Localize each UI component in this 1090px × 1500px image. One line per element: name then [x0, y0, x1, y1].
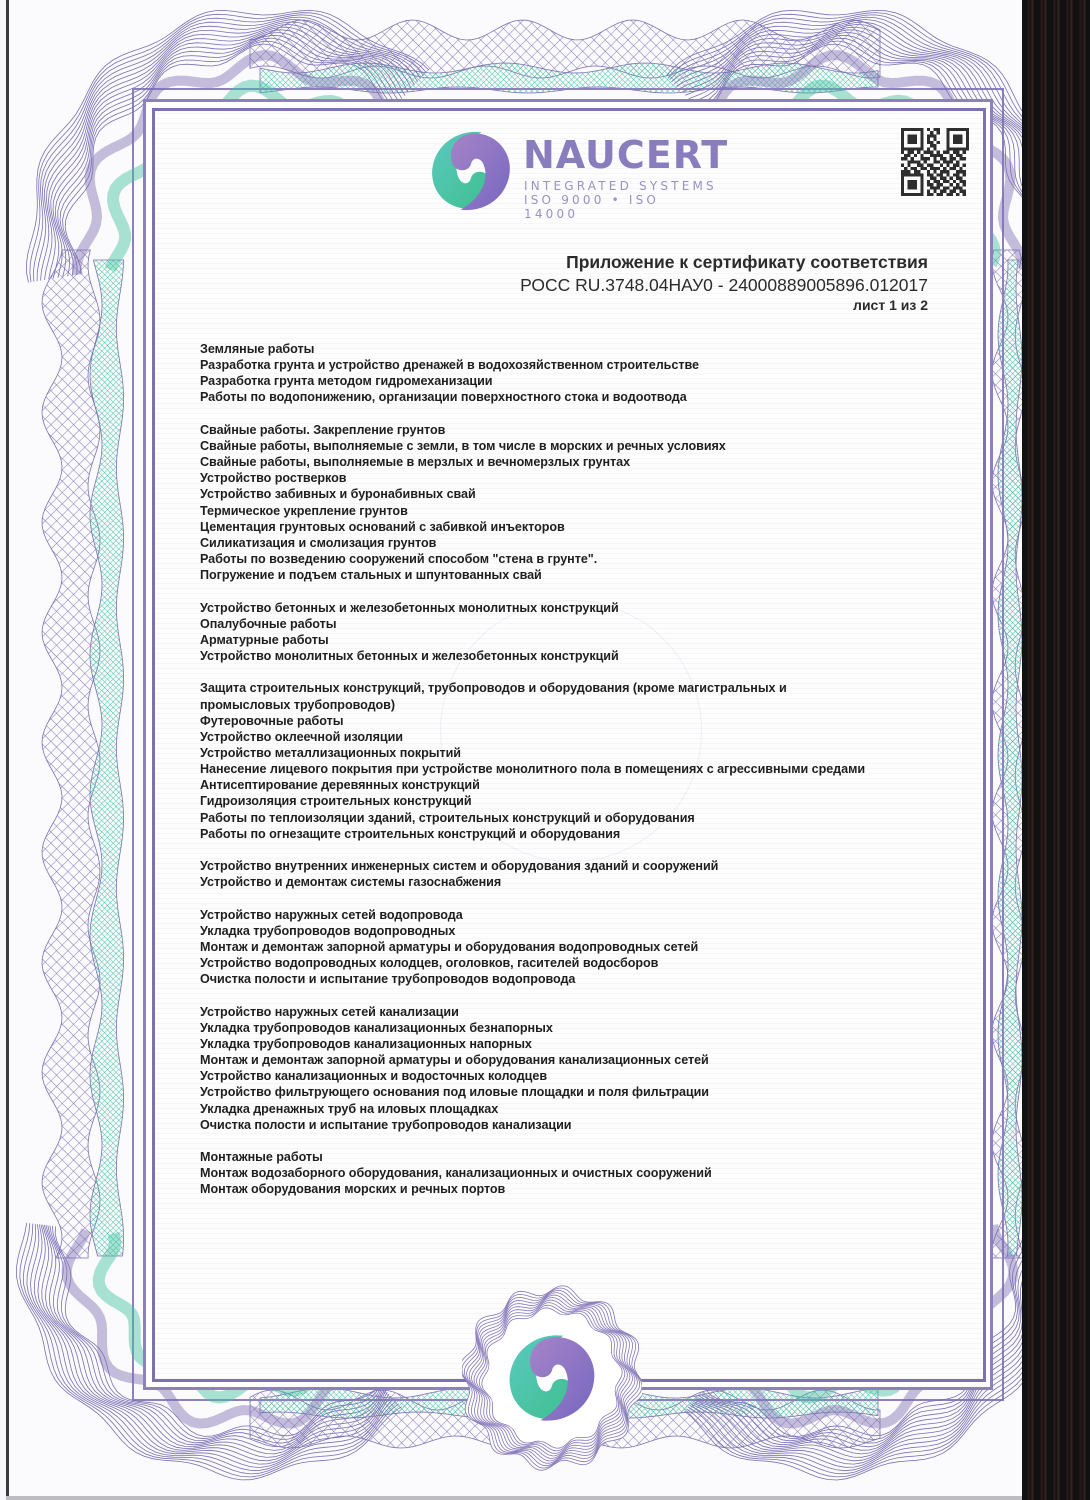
scope-item: Устройство забивных и буронабивных свай [200, 486, 940, 502]
scope-item: Устройство монолитных бетонных и железоб… [200, 648, 940, 664]
scope-item: Работы по возведению сооружений способом… [200, 551, 940, 567]
brand-name: NAUCERT [523, 133, 728, 177]
section-heading: Свайные работы. Закрепление грунтов [200, 422, 940, 438]
certificate-heading: Приложение к сертификату соответствия РО… [520, 250, 928, 314]
scope-section: Защита строительных конструкций, трубопр… [200, 680, 940, 842]
scope-item: Опалубочные работы [200, 616, 940, 632]
brand-standards: ISO 9000 • ISO 14000 [524, 193, 717, 221]
scope-section: Свайные работы. Закрепление грунтовСвайн… [200, 422, 940, 584]
scope-item: Гидроизоляция строительных конструкций [200, 793, 940, 809]
certificate-number: РОСС RU.3748.04НАУ0 - 24000889005896.012… [520, 274, 928, 296]
scope-item: Устройство металлизационных покрытий [200, 745, 940, 761]
scope-item: Монтаж и демонтаж запорной арматуры и об… [200, 939, 940, 955]
scope-item: Нанесение лицевого покрытия при устройст… [200, 761, 940, 777]
scope-item: Устройство ростверков [200, 470, 940, 486]
scope-item: Цементация грунтовых оснований с забивко… [200, 519, 940, 535]
scope-item: Свайные работы, выполняемые с земли, в т… [200, 438, 940, 454]
brand-tagline: INTEGRATED SYSTEMS [524, 179, 717, 193]
scope-item: Укладка трубопроводов канализационных бе… [200, 1020, 940, 1036]
scope-item: Устройство и демонтаж системы газоснабже… [200, 874, 940, 890]
sheet-counter: лист 1 из 2 [520, 296, 928, 314]
naucert-logo: NAUCERT INTEGRATED SYSTEMS ISO 9000 • IS… [427, 125, 717, 215]
section-heading: Защита строительных конструкций, трубопр… [200, 680, 940, 696]
scope-item: Работы по теплоизоляции зданий, строител… [200, 810, 940, 826]
scope-item: Футеровочные работы [200, 713, 940, 729]
scope-item: Арматурные работы [200, 632, 940, 648]
scope-item: Очистка полости и испытание трубопроводо… [200, 1117, 940, 1133]
section-heading: Устройство наружных сетей канализации [200, 1004, 940, 1020]
scope-item: Антисептирование деревянных конструкций [200, 777, 940, 793]
scope-section: Монтажные работыМонтаж водозаборного обо… [200, 1149, 940, 1197]
scope-section: Устройство наружных сетей канализацииУкл… [200, 1004, 940, 1133]
scope-item: Очистка полости и испытание трубопроводо… [200, 971, 940, 987]
scope-item: Устройство водопроводных колодцев, оголо… [200, 955, 940, 971]
scope-item: Силикатизация и смолизация грунтов [200, 535, 940, 551]
scope-section: Земляные работыРазработка грунта и устро… [200, 341, 940, 406]
scope-item: Разработка грунта и устройство дренажей … [200, 357, 940, 373]
scope-item: Устройство оклеечной изоляции [200, 729, 940, 745]
scope-item: Термическое укрепление грунтов [200, 503, 940, 519]
scope-section: Устройство наружных сетей водопроводаУкл… [200, 907, 940, 988]
swirl-logo-icon [427, 127, 515, 215]
scope-item: Погружение и подъем стальных и шпунтован… [200, 567, 940, 583]
qr-code-icon [901, 128, 969, 196]
scope-item: Работы по огнезащите строительных констр… [200, 826, 940, 842]
section-heading: Устройство бетонных и железобетонных мон… [200, 600, 940, 616]
scope-section: Устройство бетонных и железобетонных мон… [200, 600, 940, 665]
section-heading: Устройство наружных сетей водопровода [200, 907, 940, 923]
scope-item: Укладка дренажных труб на иловых площадк… [200, 1101, 940, 1117]
swirl-seal-icon [462, 1250, 642, 1485]
scope-item: Устройство фильтрующего основания под ил… [200, 1084, 940, 1100]
scope-item: Свайные работы, выполняемые в мерзлых и … [200, 454, 940, 470]
section-heading: Земляные работы [200, 341, 940, 357]
scope-item: Укладка трубопроводов канализационных на… [200, 1036, 940, 1052]
scope-item: Монтаж и демонтаж запорной арматуры и об… [200, 1052, 940, 1068]
scan-background-edge [1022, 0, 1090, 1500]
scope-item: Монтаж оборудования морских и речных пор… [200, 1181, 940, 1197]
scope-of-work-list: Земляные работыРазработка грунта и устро… [200, 341, 940, 1214]
scope-item: Разработка грунта методом гидромеханизац… [200, 373, 940, 389]
scope-item: Укладка трубопроводов водопроводных [200, 923, 940, 939]
appendix-title: Приложение к сертификату соответствия [520, 250, 928, 274]
scope-item: Работы по водопонижению, организации пов… [200, 389, 940, 405]
scope-item: Устройство канализационных и водосточных… [200, 1068, 940, 1084]
scope-item: Монтаж водозаборного оборудования, канал… [200, 1165, 940, 1181]
scope-section: Устройство внутренних инженерных систем … [200, 858, 940, 890]
section-heading: Монтажные работы [200, 1149, 940, 1165]
section-heading: Устройство внутренних инженерных систем … [200, 858, 940, 874]
scope-item: промысловых трубопроводов) [200, 697, 940, 713]
